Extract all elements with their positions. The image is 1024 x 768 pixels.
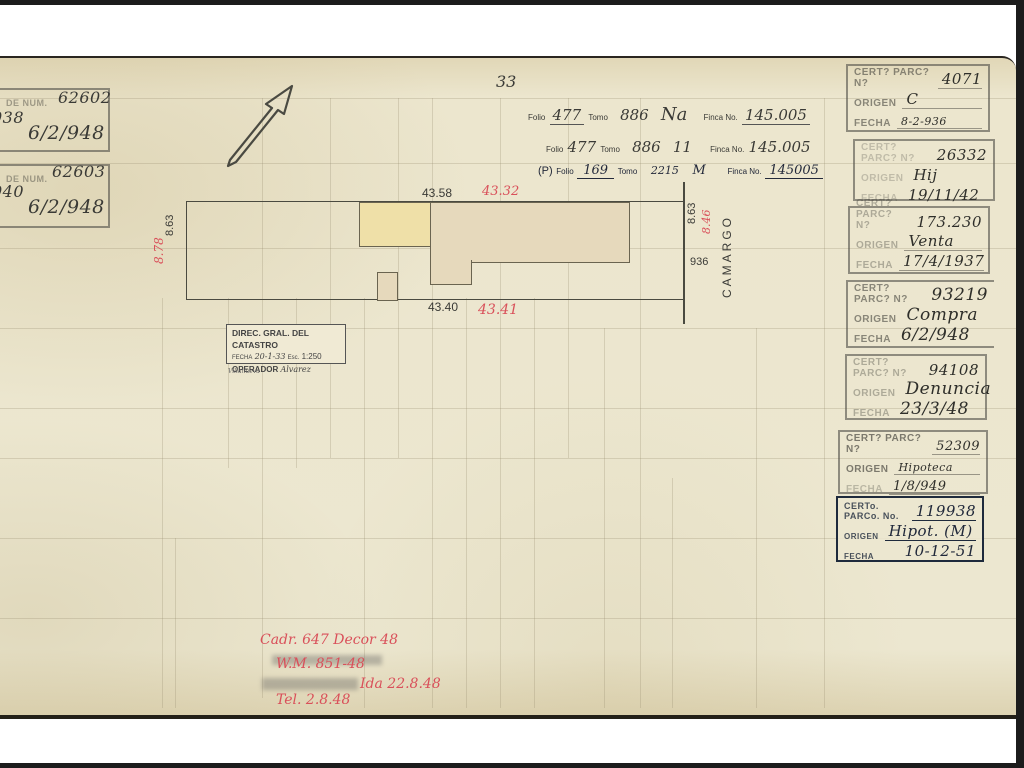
fecha-label: FECHA — [844, 552, 874, 561]
finca-value: 145.005 — [749, 138, 811, 156]
grid-line — [672, 478, 673, 708]
red-note-1: Cadr. 647 Decor 48 — [260, 632, 398, 648]
origen-value: Compra — [902, 305, 988, 325]
red-note-2: W.M. 851-48 — [276, 656, 365, 672]
building-main — [430, 202, 630, 263]
red-note-4: Tel. 2.8.48 — [276, 692, 350, 708]
stamp-date: 6/2/948 — [28, 122, 105, 144]
grid-line — [262, 98, 263, 698]
grid-line — [162, 298, 163, 708]
street-name: CAMARGO — [720, 215, 734, 298]
grid-line — [175, 538, 176, 708]
dim-right-red: 8.46 — [700, 210, 713, 235]
dim-left-black: 8.63 — [164, 215, 176, 236]
origen-label: ORIGEN — [854, 314, 896, 325]
cert-label: CERT? PARC? N? — [856, 198, 906, 231]
fecha-label: FECHA — [846, 484, 883, 495]
fecha-value: 10-12-51 — [880, 542, 976, 561]
stamp-number: 62602 — [58, 88, 111, 107]
cert-label: CERTo. PARCo. No. — [844, 501, 906, 521]
finca-label: Finca No. — [710, 145, 744, 154]
finca-label: Finca No. — [727, 167, 761, 176]
grid-line — [824, 98, 825, 708]
tomo-value: 886 — [612, 106, 657, 124]
folio-value: 169 — [577, 163, 614, 179]
cert-stamp-2: CERT? PARC? N?26332 ORIGENHij FECHA19/11… — [853, 139, 995, 201]
fecha-value: 19/11/42 — [904, 186, 987, 204]
left-stamp-1: DE NUM. 62602 938 6/2/948 — [0, 88, 110, 152]
cert-stamp-5: CERT? PARC? N?94108 ORIGENDenuncia FECHA… — [845, 354, 987, 420]
cert-stamp-7: CERTo. PARCo. No.119938 ORIGENHipot. (M)… — [836, 496, 984, 562]
fecha-value: 17/4/1937 — [899, 252, 984, 271]
building-wing — [430, 260, 472, 285]
building-yellow — [359, 202, 433, 247]
folio-value: 477 — [550, 106, 585, 125]
lot-outline — [186, 201, 684, 300]
cert-stamp-3: CERT? PARC? N?173.230 ORIGENVenta FECHA1… — [848, 206, 990, 274]
libro-value: M — [693, 163, 724, 178]
tomo-value: 2215 — [641, 164, 689, 177]
folio-line-2: Folio 477 Tomo 886 11 Finca No. 145.005 — [546, 138, 811, 156]
dim-top-black: 43.58 — [422, 186, 452, 200]
origen-label: ORIGEN — [853, 388, 895, 399]
origen-label: ORIGEN — [844, 532, 879, 541]
esc-label: Esc. — [288, 355, 300, 361]
libro-value: Na — [661, 104, 699, 125]
fecha-value: 23/3/48 — [896, 399, 979, 419]
origen-value: Hipot. (M) — [885, 522, 976, 541]
stamp-side: 938 — [0, 108, 24, 127]
stamp-label: DE NUM. — [6, 98, 48, 108]
esc-value: 1:250 — [302, 352, 322, 361]
libro-value: 11 — [673, 138, 706, 156]
fecha-label: FECHA — [853, 408, 890, 419]
origen-label: ORIGEN — [854, 98, 896, 109]
grid-line — [534, 298, 535, 708]
origen-value: C — [902, 90, 982, 109]
cert-label: CERT? PARC? N? — [861, 142, 927, 164]
cert-stamp-4: CERT? PARC? N?93219 ORIGENCompra FECHA6/… — [846, 280, 994, 348]
catastro-signature: Villanueva — [228, 368, 260, 375]
stamp-number: 62603 — [52, 162, 105, 181]
cert-label: CERT? PARC? N? — [854, 67, 932, 89]
folio-line-1: Folio 477 Tomo 886 Na Finca No. 145.005 — [528, 104, 810, 125]
cadastral-record-card: 33 Folio 477 Tomo 886 Na Finca No. 145.0… — [0, 56, 1016, 719]
street-line — [683, 182, 685, 324]
grid-line — [640, 98, 641, 708]
fecha-value: 6/2/948 — [897, 325, 988, 345]
catastro-title: DIREC. GRAL. DEL CATASTRO — [232, 327, 340, 351]
finca-label: Finca No. — [704, 113, 738, 122]
finca-value: 145005 — [765, 163, 823, 179]
left-stamp-2: DE NUM. 62603 940 6/2/948 — [0, 164, 110, 228]
origen-value: Hij — [909, 166, 987, 184]
cert-value: 173.230 — [912, 213, 982, 231]
cert-stamp-1: CERT? PARC? N?4071 ORIGENC FECHA8-2-936 — [846, 64, 990, 132]
tomo-label: Tomo — [618, 167, 638, 176]
redacted-smudge — [262, 678, 358, 690]
origen-label: ORIGEN — [856, 240, 898, 251]
catastro-stamp: DIREC. GRAL. DEL CATASTRO FECHA 20-1-33 … — [226, 324, 346, 364]
tomo-label: Tomo — [600, 145, 620, 154]
origen-value: Hipoteca — [894, 461, 980, 475]
stamp-date: 6/2/948 — [28, 196, 105, 218]
cert-value: 52309 — [932, 439, 980, 455]
fecha-label: FECHA — [232, 355, 252, 361]
page-number: 33 — [496, 72, 516, 91]
fecha-value: 1/8/949 — [889, 479, 980, 495]
origen-value: Venta — [904, 232, 982, 251]
grid-line — [604, 328, 605, 708]
cert-value: 94108 — [925, 361, 979, 379]
grid-line — [466, 298, 467, 708]
dim-bottom-red: 43.41 — [478, 302, 518, 318]
cert-value: 119938 — [912, 502, 976, 521]
north-arrow-icon — [222, 80, 298, 172]
cert-stamp-6: CERT? PARC? N?52309 ORIGENHipoteca FECHA… — [838, 430, 988, 494]
dim-right-side: 936 — [690, 256, 708, 268]
cert-label: CERT? PARC? N? — [853, 357, 919, 379]
tomo-label: Tomo — [588, 113, 608, 122]
red-note-3: Ida 22.8.48 — [360, 676, 441, 692]
folio-label: Folio — [528, 113, 545, 122]
cert-label: CERT? PARC? N? — [846, 433, 926, 455]
stamp-side: 940 — [0, 182, 24, 201]
operador-value: Alvarez — [280, 365, 310, 374]
finca-value: 145.005 — [742, 106, 810, 125]
fecha-label: FECHA — [854, 118, 891, 129]
dim-left-red: 8.78 — [152, 237, 166, 264]
folio-line-3: (P) Folio 169 Tomo 2215 M Finca No. 1450… — [538, 162, 823, 178]
cert-label: CERT? PARC? N? — [854, 283, 921, 305]
origen-value: Denuncia — [901, 379, 991, 399]
fecha-label: FECHA — [854, 334, 891, 345]
prefix-label: (P) — [538, 165, 553, 177]
tomo-value: 886 — [624, 138, 669, 156]
folio-value: 477 — [568, 138, 597, 156]
cert-value: 4071 — [938, 70, 982, 89]
fecha-label: FECHA — [856, 260, 893, 271]
cert-value: 93219 — [927, 285, 988, 305]
origen-label: ORIGEN — [861, 173, 903, 184]
fecha-value: 8-2-936 — [897, 115, 982, 129]
catastro-fecha-row: FECHA 20-1-33 Esc. 1:250 — [232, 351, 340, 364]
shed — [377, 272, 398, 301]
cert-value: 26332 — [933, 146, 987, 164]
folio-label: Folio — [556, 167, 573, 176]
folio-label: Folio — [546, 145, 563, 154]
dim-right-black: 8.63 — [686, 203, 698, 224]
dim-bottom-black: 43.40 — [428, 300, 458, 314]
origen-label: ORIGEN — [846, 464, 888, 475]
dim-top-red: 43.32 — [482, 184, 519, 199]
fecha-value: 20-1-33 — [255, 352, 286, 361]
grid-line — [0, 618, 1016, 619]
grid-line — [756, 328, 757, 708]
